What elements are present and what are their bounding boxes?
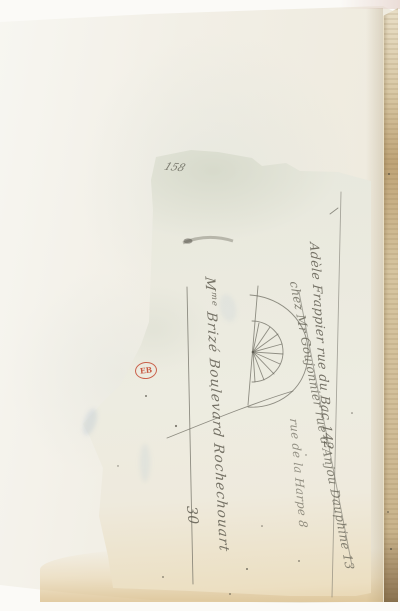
handwriting-number-30: 30 [183, 506, 201, 525]
stamp-letters: EB [140, 365, 153, 375]
blue-smudge [140, 444, 150, 482]
line4-initial: M [201, 276, 218, 293]
book-fore-edge [383, 8, 398, 602]
scanned-album-page: 158 EB Adèle Frappier rue du Bac 142 che… [0, 0, 400, 611]
line4-superscript: me [210, 292, 221, 308]
